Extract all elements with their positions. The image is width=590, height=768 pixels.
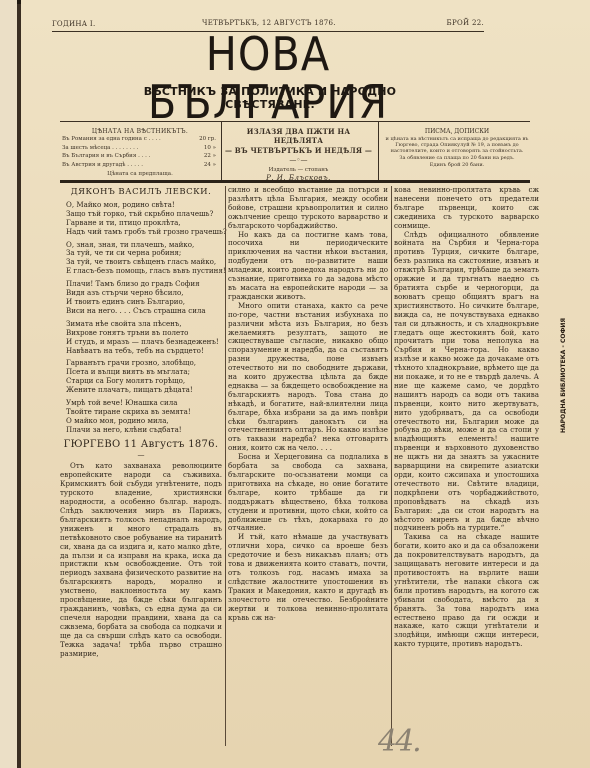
poem-stanza: О, Майко моя, родино свѣта! Защо тъй гор…: [66, 201, 222, 237]
column-3: кова невинно-пролятата кръвь сж нанесени…: [394, 186, 539, 649]
price-row: Въ Романия за една година с . . . .20 гр…: [62, 136, 216, 144]
publication-frequency: ИЗЛАЗЯ ДВА ПЖТИ НА НЕДѢЛЯТА: [221, 127, 376, 145]
price-heading: ЦѢНАТА НА ВѢСТНИКЪТЪ.: [60, 128, 220, 135]
article-paragraph: кова невинно-пролятата кръвь сж нанесени…: [394, 186, 539, 231]
poem-title: ДЯКОНЪ ВАСИЛЪ ЛЕВСКИ.: [60, 188, 222, 197]
article-paragraph: Слѣдъ официалното обявление войната на С…: [394, 231, 539, 534]
ornament: —◦—: [221, 156, 376, 164]
article-paragraph: силно и всеобщо въстание да потърси и ра…: [228, 186, 388, 231]
article-paragraph: Много опити станаха, както са рече по-го…: [228, 302, 388, 453]
publication-box: ИЗЛАЗЯ ДВА ПЖТИ НА НЕДѢЛЯТА — ВЪ ЧЕТВЪРТ…: [221, 122, 376, 180]
poem-stanza: Умрѣ той вече! Юнашка сила Твойте тиране…: [66, 399, 222, 435]
article-paragraph: Такива са на сѣкаде нашите богати, които…: [394, 533, 539, 649]
single-copy-price: Единъ брой 20 бани.: [382, 162, 532, 168]
newspaper-title: НОВА БЪЛГАРИЯ: [88, 30, 448, 126]
scan-left-margin: [0, 0, 17, 768]
letters-heading: ПИСМА, ДОПИСКИ: [382, 128, 532, 135]
article-paragraph: Но какъ да са постигне камъ това, посочи…: [228, 231, 388, 302]
poem-stanza: О, зная, зная, ти плачешъ, майко, За туй…: [66, 241, 222, 277]
letters-box: ПИСМА, ДОПИСКИ и цѣната на вѣстникътъ са…: [382, 122, 532, 180]
dateline-dash: —: [60, 451, 222, 460]
ad-rate: За обявление са плаща по 20 бани на редъ…: [382, 155, 532, 161]
price-footer: Цѣната са предплаща.: [60, 171, 220, 177]
price-row: Въ България и въ Сърбия . . . .22 »: [62, 153, 216, 161]
header-bottom-rule: [60, 180, 530, 183]
column-1: ДЯКОНЪ ВАСИЛЪ ЛЕВСКИ. О, Майко моя, роди…: [60, 186, 222, 658]
publisher-label: Издатель — стопанъ: [221, 167, 376, 173]
volume-year: ГОДИНА I.: [52, 20, 96, 28]
column-divider: [225, 186, 226, 746]
price-row: За шесть мѣсеца . . . . . . . .10 »: [62, 145, 216, 153]
info-divider: [378, 122, 379, 180]
column-2: силно и всеобщо въстание да потърси и ра…: [228, 186, 388, 622]
article-paragraph: Босна и Херцеговина са подлалиха в борба…: [228, 453, 388, 533]
library-stamp: НАРОДНА БИБЛИОТЕКА - СОФИЯ: [560, 300, 574, 450]
price-box: ЦѢНАТА НА ВѢСТНИКЪТЪ. Въ Романия за една…: [60, 122, 220, 180]
letters-text: и цѣната на вѣстникътъ са испраща до ред…: [382, 136, 532, 154]
article-paragraph: И тъй, като нѣмаше да участвуватъ отличн…: [228, 533, 388, 622]
column-divider: [391, 186, 392, 746]
issue-number: БРОЙ 22.: [447, 19, 484, 27]
poem-stanza: Плачи! Тамъ близо до градъ София Видя аз…: [66, 280, 222, 316]
handwritten-page-number: 44.: [378, 724, 420, 759]
issue-date: ЧЕТВЪРТЪКЪ, 12 АВГУСТЪ 1876.: [202, 19, 336, 27]
price-row: Въ Австрия и другадѣ . . . . .24 »: [62, 162, 216, 170]
poem-stanza: Гарванътъ грачи грозно, злобѣщо, Псета и…: [66, 359, 222, 395]
publication-days: — ВЪ ЧЕТВЪРТЪКЪ И НЕДѢЛЯ —: [221, 146, 376, 155]
poem-stanza: Зимата нѣе свойта зла пѣсенъ, Вихрове го…: [66, 320, 222, 356]
newspaper-subtitle: ВѢСТНИКЪ ЗА ПОЛИТИКА И НАРОДНО СВѢСТЯВАН…: [105, 85, 435, 111]
article-paragraph: Отъ като захванаха революциите европейск…: [60, 462, 222, 658]
article-dateline: ГЮРГЕВО 11 Августъ 1876.: [60, 441, 222, 450]
